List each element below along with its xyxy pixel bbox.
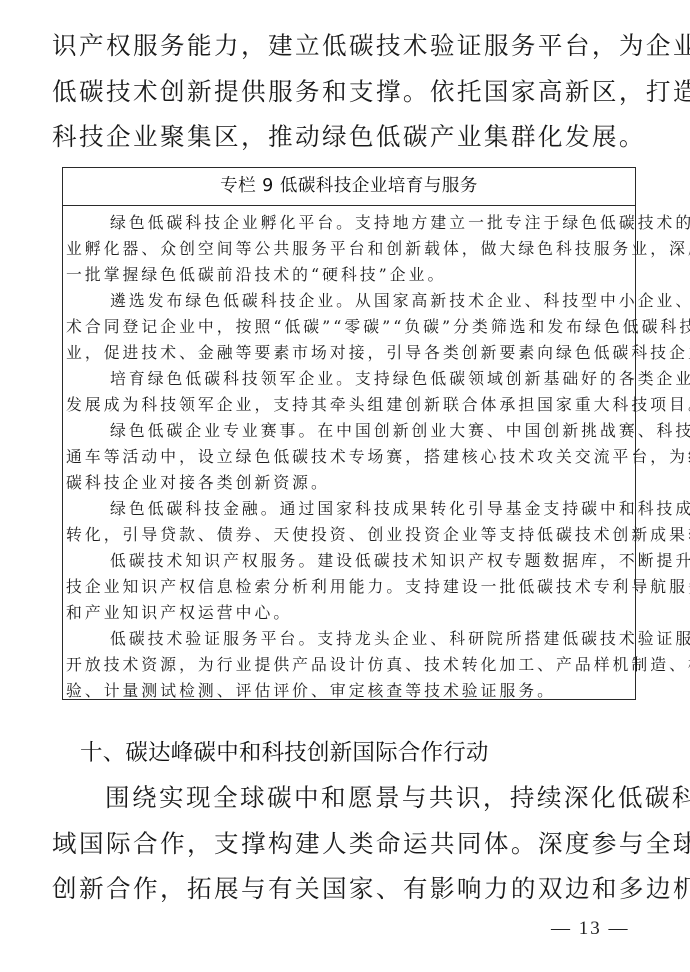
box-line: 低碳技术验证服务平台。支持龙头企业、科研院所搭建低碳技术验证服务平台，	[110, 628, 690, 650]
box-line: 培育绿色低碳科技领军企业。支持绿色低碳领域创新基础好的各类企业，逐步	[110, 368, 690, 390]
box-line: 绿色低碳科技企业孵化平台。支持地方建立一批专注于绿色低碳技术的科技企	[110, 212, 690, 234]
box-line: 转化，引导贷款、债券、天使投资、创业投资企业等支持低碳技术创新成果转化。	[66, 524, 690, 546]
box-line: 业，促进技术、金融等要素市场对接，引导各类创新要素向绿色低碳科技企业集聚。	[66, 342, 690, 364]
paragraph-line: 域国际合作，支撑构建人类命运共同体。深度参与全球绿色低碳	[52, 829, 652, 859]
page-number: — 13 —	[551, 917, 630, 941]
paragraph-line: 低碳技术创新提供服务和支撑。依托国家高新区，打造绿色低碳	[52, 77, 652, 107]
box-line: 和产业知识产权运营中心。	[66, 602, 292, 624]
paragraph-line: 科技企业聚集区，推动绿色低碳产业集群化发展。	[52, 122, 652, 152]
column-box-title: 专栏 9 低碳科技企业培育与服务	[63, 168, 635, 206]
box-line: 发展成为科技领军企业，支持其牵头组建创新联合体承担国家重大科技项目。	[66, 394, 690, 416]
box-line: 技企业知识产权信息检索分析利用能力。支持建设一批低碳技术专利导航服务基地	[66, 576, 690, 598]
column-box: 专栏 9 低碳科技企业培育与服务 绿色低碳科技企业孵化平台。支持地方建立一批专注…	[62, 167, 636, 700]
box-line: 碳科技企业对接各类创新资源。	[66, 472, 330, 494]
box-line: 验、计量测试检测、评估评价、审定核查等技术验证服务。	[66, 680, 556, 702]
box-line: 通车等活动中，设立绿色低碳技术专场赛，搭建核心技术攻关交流平台，为绿色低	[66, 446, 690, 468]
box-line: 绿色低碳企业专业赛事。在中国创新创业大赛、中国创新挑战赛、科技成果直	[110, 420, 690, 442]
box-line: 一批掌握绿色低碳前沿技术的“硬科技”企业。	[66, 264, 446, 286]
box-line: 遴选发布绿色低碳科技企业。从国家高新技术企业、科技型中小企业、全国技	[110, 290, 690, 312]
section-heading: 十、碳达峰碳中和科技创新国际合作行动	[80, 738, 489, 768]
box-line: 业孵化器、众创空间等公共服务平台和创新载体，做大绿色科技服务业，深度孵化	[66, 238, 690, 260]
paragraph-line: 创新合作，拓展与有关国家、有影响力的双边和多边机制的绿色	[52, 874, 652, 904]
box-line: 开放技术资源，为行业提供产品设计仿真、技术转化加工、产品样机制造、模拟试	[66, 654, 690, 676]
box-line: 术合同登记企业中，按照“低碳”“零碳”“负碳”分类筛选和发布绿色低碳科技企	[66, 316, 690, 338]
paragraph-line: 识产权服务能力，建立低碳技术验证服务平台，为企业开展绿色	[52, 31, 652, 61]
box-line: 低碳技术知识产权服务。建设低碳技术知识产权专题数据库，不断提升低碳科	[110, 550, 690, 572]
paragraph-line: 围绕实现全球碳中和愿景与共识，持续深化低碳科技创新领	[105, 783, 690, 813]
box-line: 绿色低碳科技金融。通过国家科技成果转化引导基金支持碳中和科技成果转移	[110, 498, 690, 520]
